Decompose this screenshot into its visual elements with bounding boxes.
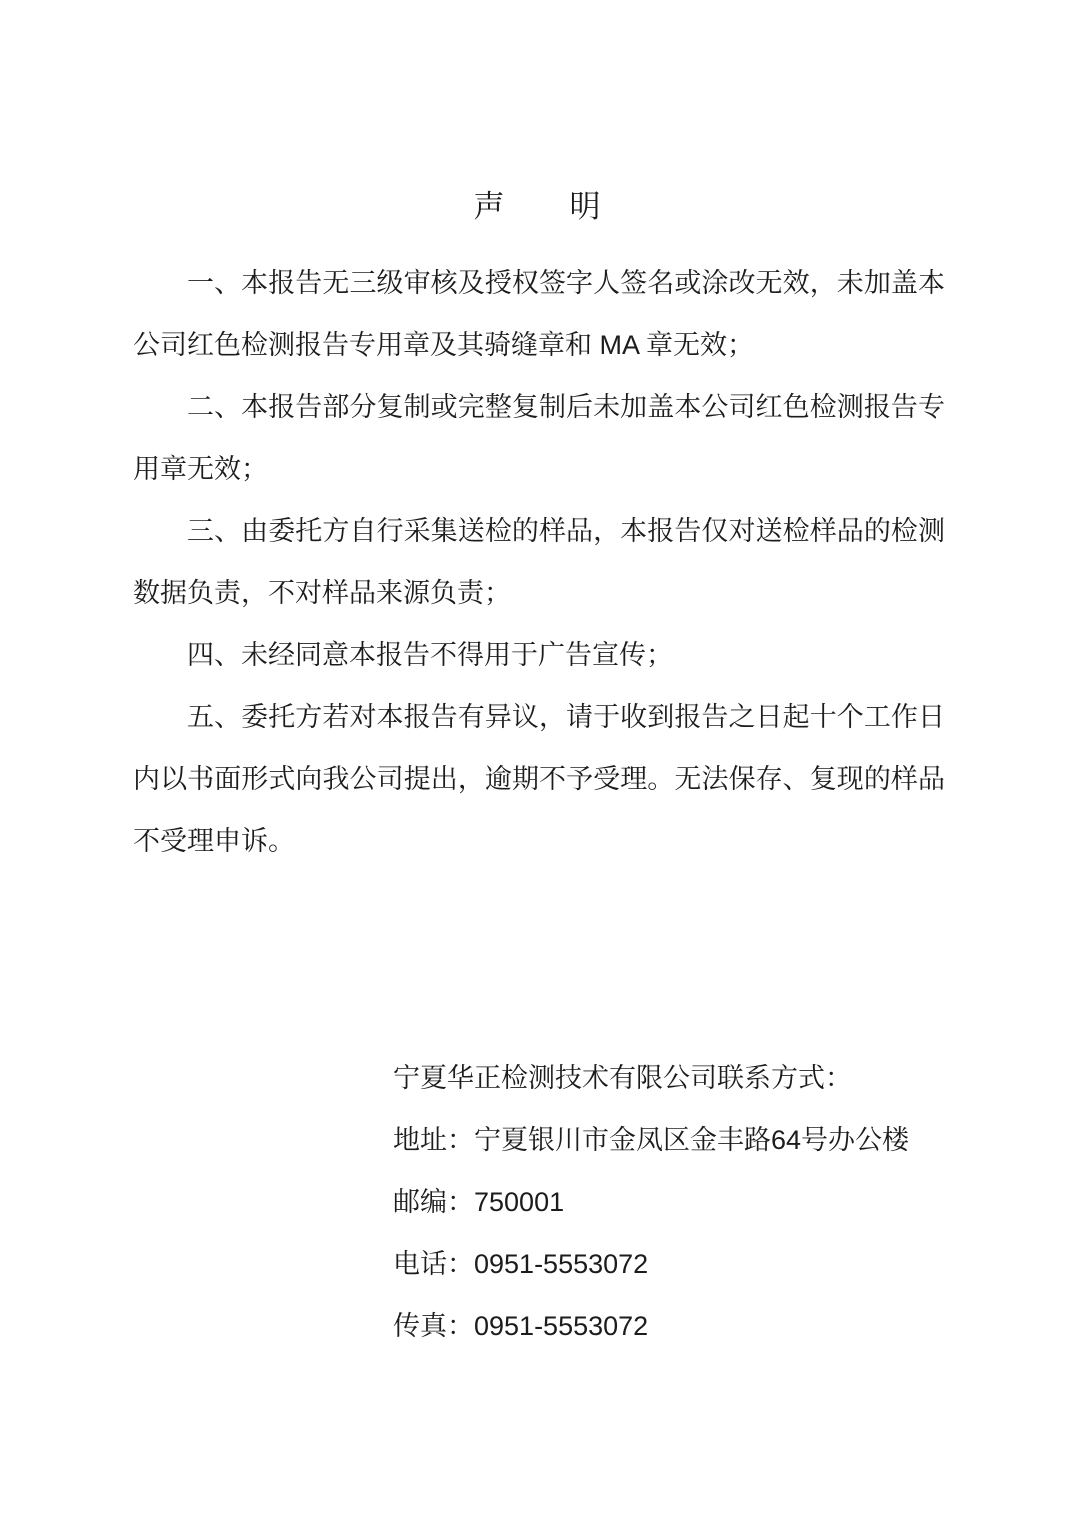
contact-postcode-label: 邮编： — [393, 1187, 474, 1217]
contact-block: 宁夏华正检测技术有限公司联系方式： 地址：宁夏银川市金凤区金丰路64号办公楼 邮… — [393, 1047, 909, 1357]
contact-address-label: 地址： — [393, 1125, 474, 1155]
contact-postcode-value: 750001 — [474, 1187, 564, 1217]
statement-paragraph-1: 一、本报告无三级审核及授权签字人签名或涂改无效，未加盖本公司红色检测报告专用章及… — [133, 252, 945, 376]
declaration-page: 声 明 一、本报告无三级审核及授权签字人签名或涂改无效，未加盖本公司红色检测报告… — [0, 0, 1075, 1521]
contact-address-line: 地址：宁夏银川市金凤区金丰路64号办公楼 — [393, 1109, 909, 1171]
contact-fax-line: 传真：0951-5553072 — [393, 1295, 909, 1357]
contact-address-value: 宁夏银川市金凤区金丰路64号办公楼 — [474, 1125, 909, 1155]
contact-phone-label: 电话： — [393, 1249, 474, 1279]
contact-phone-line: 电话：0951-5553072 — [393, 1233, 909, 1295]
contact-phone-value: 0951-5553072 — [474, 1249, 648, 1279]
contact-postcode-line: 邮编：750001 — [393, 1171, 909, 1233]
statement-paragraph-4: 四、未经同意本报告不得用于广告宣传； — [133, 624, 945, 686]
contact-fax-value: 0951-5553072 — [474, 1311, 648, 1341]
statement-list: 一、本报告无三级审核及授权签字人签名或涂改无效，未加盖本公司红色检测报告专用章及… — [133, 252, 945, 872]
statement-paragraph-5: 五、委托方若对本报告有异议，请于收到报告之日起十个工作日内以书面形式向我公司提出… — [133, 686, 945, 872]
contact-heading: 宁夏华正检测技术有限公司联系方式： — [393, 1047, 909, 1109]
contact-fax-label: 传真： — [393, 1311, 474, 1341]
statement-paragraph-2: 二、本报告部分复制或完整复制后未加盖本公司红色检测报告专用章无效； — [133, 376, 945, 500]
page-title: 声 明 — [0, 181, 1075, 226]
statement-paragraph-3: 三、由委托方自行采集送检的样品，本报告仅对送检样品的检测数据负责，不对样品来源负… — [133, 500, 945, 624]
